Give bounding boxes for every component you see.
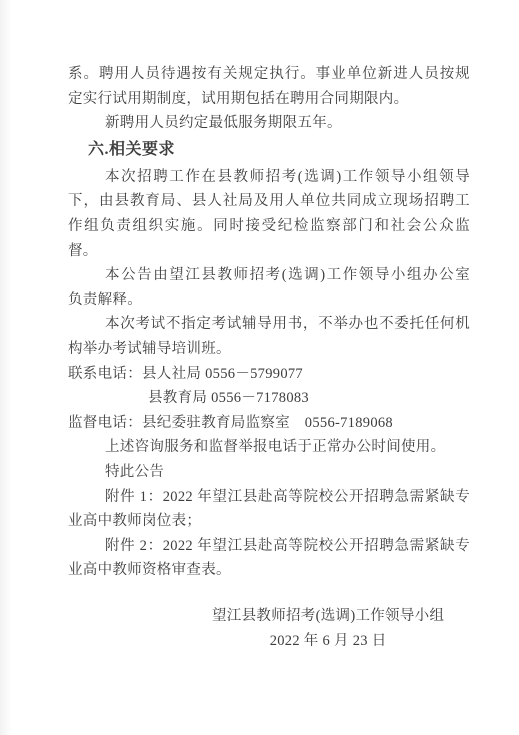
signature-date: 2022 年 6 月 23 日 [212, 629, 444, 654]
document-body: 系。聘用人员待遇按有关规定执行。事业单位新进人员按规 定实行试用期制度，试用期包… [68, 63, 470, 584]
body-line: 下，由县教育局、县人社局及用人单位共同成立现场招聘工 [68, 190, 470, 215]
body-line: 定实行试用期制度，试用期包括在聘用合同期限内。 [68, 88, 470, 113]
contact-phone-line: 联系电话：县人社局 0556－5799077 [68, 363, 470, 388]
body-line: 系。聘用人员待遇按有关规定执行。事业单位新进人员按规 [68, 63, 470, 88]
body-line: 本次招聘工作在县教师招考(选调)工作领导小组领导 [68, 166, 470, 191]
body-line: 督。 [68, 240, 470, 265]
attachment-1-line: 附件 1：2022 年望江县赴高等院校公开招聘急需紧缺专 [68, 486, 470, 511]
body-line: 负责解释。 [68, 289, 470, 314]
scan-edge-shadow [0, 0, 12, 735]
section-heading-related-requirements: 六.相关要求 [68, 137, 470, 166]
body-line: 上述咨询服务和监督举报电话于正常办公时间使用。 [68, 436, 470, 461]
attachment-2-line: 业高中教师资格审查表。 [68, 559, 470, 584]
attachment-2-line: 附件 2：2022 年望江县赴高等院校公开招聘急需紧缺专 [68, 535, 470, 560]
body-line: 作组负责组织实施。同时接受纪检监察部门和社会公众监 [68, 215, 470, 240]
attachment-1-line: 业高中教师岗位表； [68, 510, 470, 535]
document-page: 系。聘用人员待遇按有关规定执行。事业单位新进人员按规 定实行试用期制度，试用期包… [0, 0, 519, 735]
body-line: 新聘用人员约定最低服务期限五年。 [68, 112, 470, 137]
contact-phone-line-2: 县教育局 0556－7178083 [68, 387, 470, 412]
supervision-phone-line: 监督电话：县纪委驻教育局监察室 0556-7189068 [68, 412, 470, 437]
body-line: 本次考试不指定考试辅导用书，不举办也不委托任何机 [68, 313, 470, 338]
signature-organization: 望江县教师招考(选调)工作领导小组 [212, 604, 444, 629]
body-line: 构举办考试辅导培训班。 [68, 338, 470, 363]
announcement-closing-line: 特此公告 [68, 461, 470, 486]
body-line: 本公告由望江县教师招考(选调)工作领导小组办公室 [68, 264, 470, 289]
signature-block: 望江县教师招考(选调)工作领导小组 2022 年 6 月 23 日 [212, 604, 444, 654]
